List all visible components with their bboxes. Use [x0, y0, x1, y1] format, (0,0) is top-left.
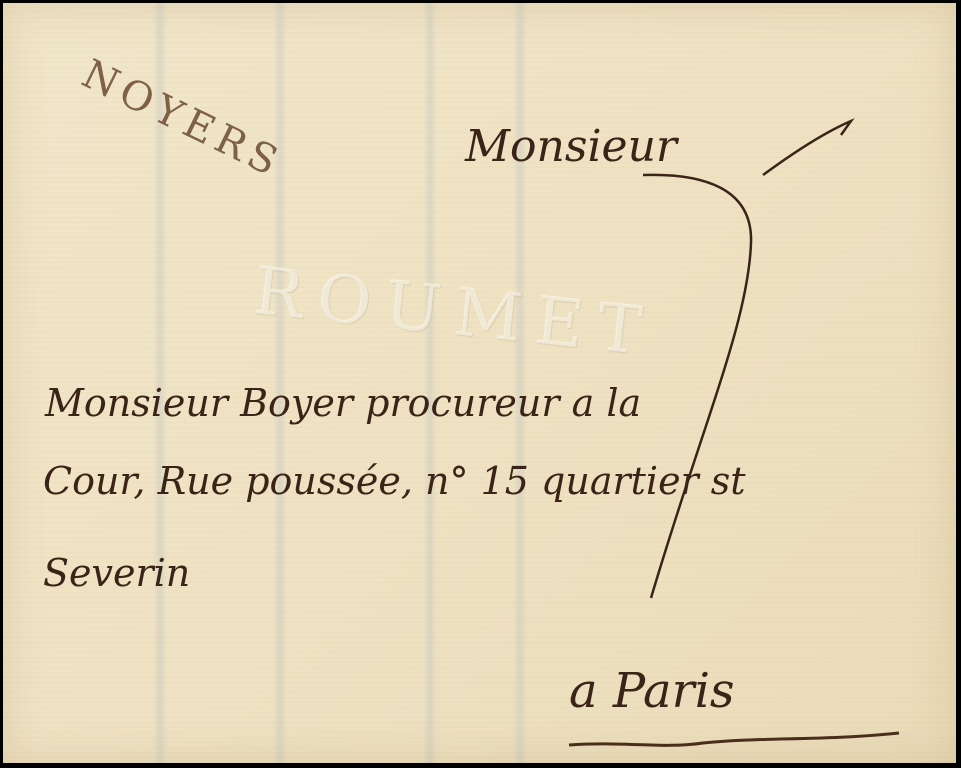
letter-cover: NOYERS ROUMET Monsieur Monsieur Boyer pr… [3, 3, 956, 763]
pen-flourishes [3, 3, 956, 763]
